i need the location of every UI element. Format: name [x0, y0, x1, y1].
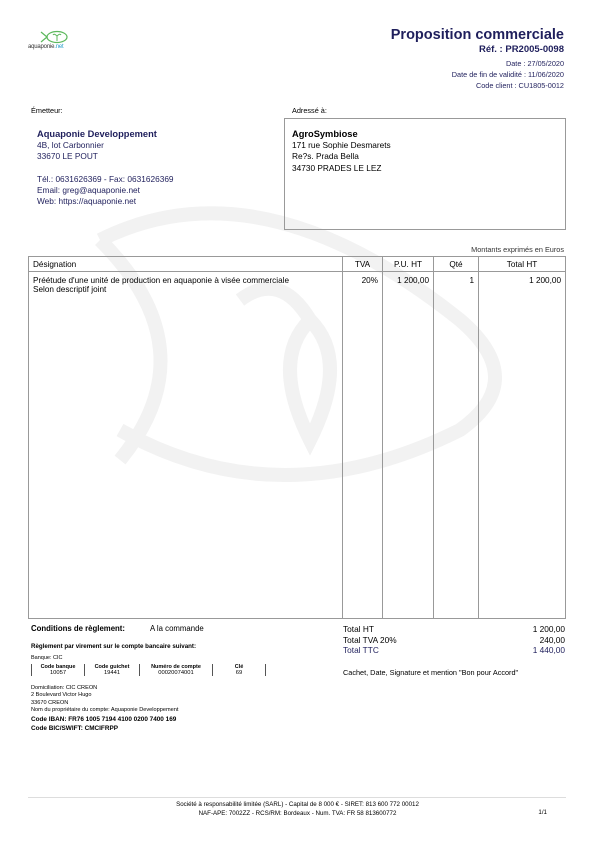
account-number: 00020074001 — [140, 670, 213, 676]
fish-sprout-logo-icon — [40, 30, 70, 44]
footer: Société à responsabilité limitée (SARL) … — [0, 800, 595, 818]
logo-text: aquaponie.net — [28, 44, 63, 50]
page-number: 1/1 — [538, 809, 547, 816]
col-header-designation: Désignation — [29, 257, 343, 272]
total-tva-row: Total TVA 20% 240,00 — [343, 635, 565, 646]
cell-qty: 1 — [434, 272, 479, 619]
footer-company-info: Société à responsabilité limitée (SARL) … — [0, 800, 595, 809]
emitter-address-line: 4B, lot Carbonnier — [37, 140, 174, 151]
table-header-row: Désignation TVA P.U. HT Qté Total HT — [29, 257, 566, 272]
col-header-qty: Qté — [434, 257, 479, 272]
recipient-address-line: 171 rue Sophie Desmarets — [292, 140, 391, 151]
total-ht-value: 1 200,00 — [533, 624, 565, 635]
account-key: 69 — [213, 670, 266, 676]
total-ttc-value: 1 440,00 — [533, 645, 565, 656]
document-date: Date : 27/05/2020 — [506, 59, 564, 68]
items-table: Désignation TVA P.U. HT Qté Total HT Pré… — [28, 256, 566, 619]
total-ht-label: Total HT — [343, 624, 374, 635]
recipient-label: Adressé à: — [292, 106, 327, 115]
document-reference: Réf. : PR2005-0098 — [479, 44, 564, 55]
emitter-city: 33670 LE POUT — [37, 151, 174, 162]
cell-designation: Préétude d'une unité de production en aq… — [29, 272, 343, 619]
item-designation-detail: Selon descriptif joint — [33, 285, 338, 294]
bic-swift: Code BIC/SWIFT: CMCIFRPP — [31, 724, 176, 733]
emitter-name: Aquaponie Developpement — [37, 129, 174, 140]
domiciliation-text: Domiciliation: CIC CREON — [31, 685, 178, 692]
bank-codes: Code IBAN: FR76 1005 7194 4100 0200 7400… — [31, 715, 176, 733]
client-code: Code client : CU1805-0012 — [476, 81, 564, 90]
table-row: Préétude d'une unité de production en aq… — [29, 272, 566, 619]
total-ht-row: Total HT 1 200,00 — [343, 624, 565, 635]
validity-date: Date de fin de validité : 11/06/2020 — [452, 70, 564, 79]
account-owner: Nom du propriétaire du compte: Aquaponie… — [31, 707, 178, 714]
footer-divider — [28, 797, 566, 798]
total-tva-value: 240,00 — [540, 635, 565, 646]
bank-address-line: 2 Boulevard Victor Hugo — [31, 692, 178, 699]
iban: Code IBAN: FR76 1005 7194 4100 0200 7400… — [31, 715, 176, 724]
bank-city: 33670 CREON — [31, 700, 178, 707]
currency-note: Montants exprimés en Euros — [471, 245, 564, 254]
signature-note: Cachet, Date, Signature et mention "Bon … — [343, 668, 518, 677]
col-header-tva: TVA — [343, 257, 383, 272]
cell-tva: 20% — [343, 272, 383, 619]
col-header-total: Total HT — [479, 257, 566, 272]
cell-total: 1 200,00 — [479, 272, 566, 619]
total-ttc-label: Total TTC — [343, 645, 379, 656]
total-tva-label: Total TVA 20% — [343, 635, 397, 646]
totals-block: Total HT 1 200,00 Total TVA 20% 240,00 T… — [343, 624, 565, 656]
branch-code: 19441 — [85, 670, 140, 676]
cell-unit-price: 1 200,00 — [383, 272, 434, 619]
company-logo: aquaponie.net — [28, 30, 82, 54]
col-header-unit-price: P.U. HT — [383, 257, 434, 272]
payment-conditions-label: Conditions de règlement: — [31, 624, 125, 633]
bank-details-table: Code banque Code guichet Numéro de compt… — [31, 664, 266, 676]
emitter-web: Web: https://aquaponie.net — [37, 196, 174, 207]
bank-code: 10057 — [32, 670, 85, 676]
emitter-phone: Tél.: 0631626369 - Fax: 0631626369 — [37, 174, 174, 185]
bank-domiciliation: Domiciliation: CIC CREON 2 Boulevard Vic… — [31, 685, 178, 715]
bank-transfer-label: Règlement par virement sur le compte ban… — [31, 643, 196, 650]
recipient-address-line-2: Re?s. Prada Bella — [292, 151, 391, 162]
recipient-block: AgroSymbiose 171 rue Sophie Desmarets Re… — [292, 129, 391, 174]
recipient-name: AgroSymbiose — [292, 129, 391, 140]
bank-name: Banque: CIC — [31, 655, 63, 661]
emitter-email: Email: greg@aquaponie.net — [37, 185, 174, 196]
emitter-label: Émetteur: — [31, 106, 63, 115]
recipient-city: 34730 PRADES LE LEZ — [292, 163, 391, 174]
footer-registration-info: NAF-APE: 7002ZZ - RCS/RM: Bordeaux - Num… — [0, 809, 595, 818]
payment-conditions-value: A la commande — [150, 624, 204, 633]
emitter-block: Aquaponie Developpement 4B, lot Carbonni… — [37, 129, 174, 207]
document-title: Proposition commerciale — [391, 27, 564, 43]
total-ttc-row: Total TTC 1 440,00 — [343, 645, 565, 656]
item-designation: Préétude d'une unité de production en aq… — [33, 276, 338, 285]
